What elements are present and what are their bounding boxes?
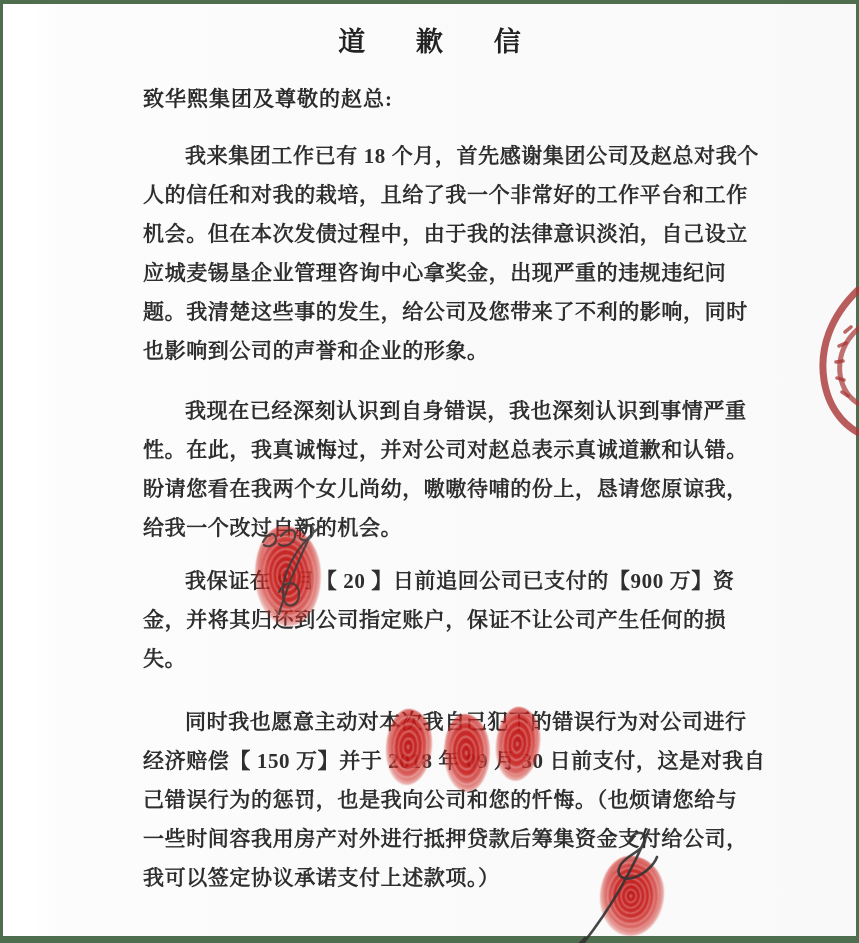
paragraph: 我保证在 9 月【 20 】日前追回公司已支付的【900 万】资金，并将其归还到… (143, 562, 763, 679)
letter-line: 给我一个改过自新的机会。 (143, 509, 763, 548)
letter-line: 我保证在 9 月【 20 】日前追回公司已支付的【900 万】资 (143, 562, 763, 601)
paragraph: 我来集团工作已有 18 个月，首先感谢集团公司及赵总对我个人的信任和对我的栽培，… (143, 137, 763, 371)
letter-line: 一些时间容我用房产对外进行抵押贷款后筹集资金支付给公司， (143, 820, 763, 859)
document-frame: 道 歉 信 致华熙集团及尊敬的赵总: 我来集团工作已有 18 个月，首先感谢集团… (3, 4, 856, 936)
letter-line: 机会。但在本次发债过程中，由于我的法律意识淡泊，自己设立 (143, 215, 763, 254)
letter-line: 我来集团工作已有 18 个月，首先感谢集团公司及赵总对我个 (143, 137, 763, 176)
letter-line: 也影响到公司的声誉和企业的形象。 (143, 332, 763, 371)
letter-line: 性。在此，我真诚悔过，并对公司对赵总表示真诚道歉和认错。 (143, 431, 763, 470)
letter-line: 金，并将其归还到公司指定账户，保证不让公司产生任何的损 (143, 601, 763, 640)
letter-line: 盼请您看在我两个女儿尚幼，嗷嗷待哺的份上，恳请您原谅我， (143, 470, 763, 509)
fingerprint-stamp-5 (599, 855, 666, 937)
letter-line: 人的信任和对我的栽培，且给了我一个非常好的工作平台和工作 (143, 176, 763, 215)
letter-line: 我现在已经深刻认识到自身错误，我也深刻认识到事情严重 (143, 392, 763, 431)
scanned-apology-letter: 道 歉 信 致华熙集团及尊敬的赵总: 我来集团工作已有 18 个月，首先感谢集团… (0, 0, 859, 943)
red-seal-stamp-icon (815, 286, 859, 436)
letter-title: 道 歉 信 (3, 20, 856, 59)
paragraph: 我现在已经深刻认识到自身错误，我也深刻认识到事情严重性。在此，我真诚悔过，并对公… (143, 392, 763, 548)
letter-line: 失。 (143, 640, 763, 679)
letter-line: 己错误行为的惩罚，也是我向公司和您的忏悔。（也烦请您给与 (143, 781, 763, 820)
letter-salutation: 致华熙集团及尊敬的赵总: (143, 83, 393, 113)
letter-line: 我可以签定协议承诺支付上述款项。） (143, 859, 763, 898)
document-page: 道 歉 信 致华熙集团及尊敬的赵总: 我来集团工作已有 18 个月，首先感谢集团… (3, 4, 856, 936)
letter-line: 应城麦锡垦企业管理咨询中心拿奖金，出现严重的违规违纪问 (143, 254, 763, 293)
letter-line: 题。我清楚这些事的发生，给公司及您带来了不利的影响，同时 (143, 293, 763, 332)
